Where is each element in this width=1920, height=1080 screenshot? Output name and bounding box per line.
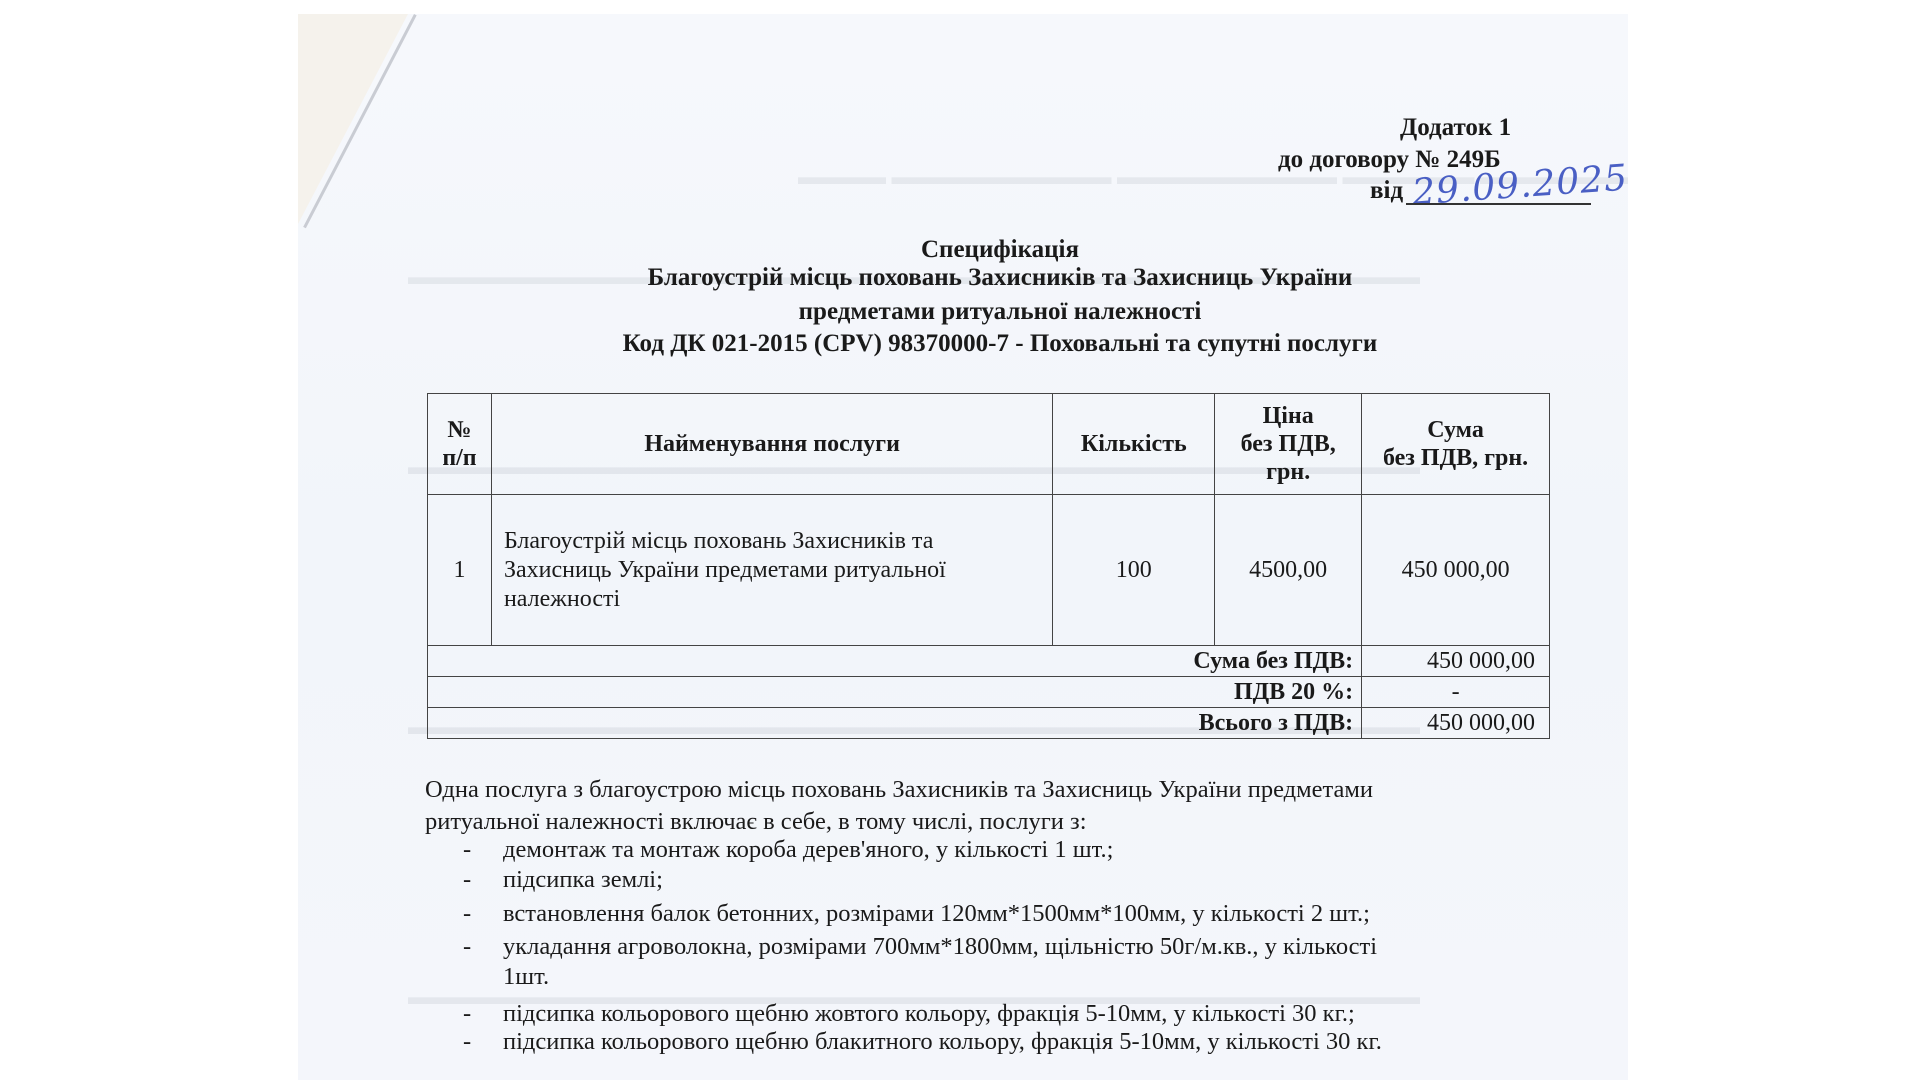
header-price: Ціна без ПДВ, грн. bbox=[1215, 394, 1362, 495]
table-header-row: № п/п Найменування послуги Кількість Цін… bbox=[428, 394, 1550, 495]
row-number: 1 bbox=[428, 495, 492, 646]
bullet-dash: - bbox=[463, 1026, 471, 1058]
description-intro: Одна послуга з благоустрою місць похован… bbox=[425, 774, 1545, 838]
total-row-vat: ПДВ 20 %: - bbox=[428, 677, 1550, 708]
total-value: 450 000,00 bbox=[1362, 646, 1550, 677]
date-underline bbox=[1406, 203, 1591, 205]
spec-subject-line1: Благоустрій місць поховань Захисників та… bbox=[520, 264, 1480, 292]
spec-subject-line2: предметами ритуальної належності bbox=[520, 298, 1480, 326]
row-quantity: 100 bbox=[1053, 495, 1215, 646]
row-price: 4500,00 bbox=[1215, 495, 1362, 646]
vat-value: - bbox=[1362, 677, 1550, 708]
header-number: № п/п bbox=[428, 394, 492, 495]
row-service-name: Благоустрій місць поховань Захисників та… bbox=[491, 495, 1052, 646]
total-row-with-vat: Всього з ПДВ: 450 000,00 bbox=[428, 708, 1550, 739]
table-row: 1 Благоустрій місць поховань Захисників … bbox=[428, 495, 1550, 646]
total-label: Сума без ПДВ: bbox=[428, 646, 1362, 677]
total-row-without-vat: Сума без ПДВ: 450 000,00 bbox=[428, 646, 1550, 677]
bullet-dash: - bbox=[463, 834, 471, 866]
folded-corner bbox=[298, 14, 408, 224]
specification-table: № п/п Найменування послуги Кількість Цін… bbox=[427, 393, 1550, 739]
spec-heading: Специфікація bbox=[520, 236, 1480, 264]
header-sum: Сума без ПДВ, грн. bbox=[1362, 394, 1550, 495]
vat-label: ПДВ 20 %: bbox=[428, 677, 1362, 708]
bullet-dash: - bbox=[463, 931, 471, 963]
bullet-dash: - bbox=[463, 864, 471, 896]
bullet-dash: - bbox=[463, 898, 471, 930]
grand-total-label: Всього з ПДВ: bbox=[428, 708, 1362, 739]
spec-code-line: Код ДК 021-2015 (CPV) 98370000-7 - Похов… bbox=[520, 330, 1480, 358]
header-quantity: Кількість bbox=[1053, 394, 1215, 495]
appendix-title: Додаток 1 bbox=[1400, 114, 1511, 142]
date-label: від bbox=[1370, 177, 1403, 205]
row-sum: 450 000,00 bbox=[1362, 495, 1550, 646]
header-service-name: Найменування послуги bbox=[491, 394, 1052, 495]
grand-total-value: 450 000,00 bbox=[1362, 708, 1550, 739]
